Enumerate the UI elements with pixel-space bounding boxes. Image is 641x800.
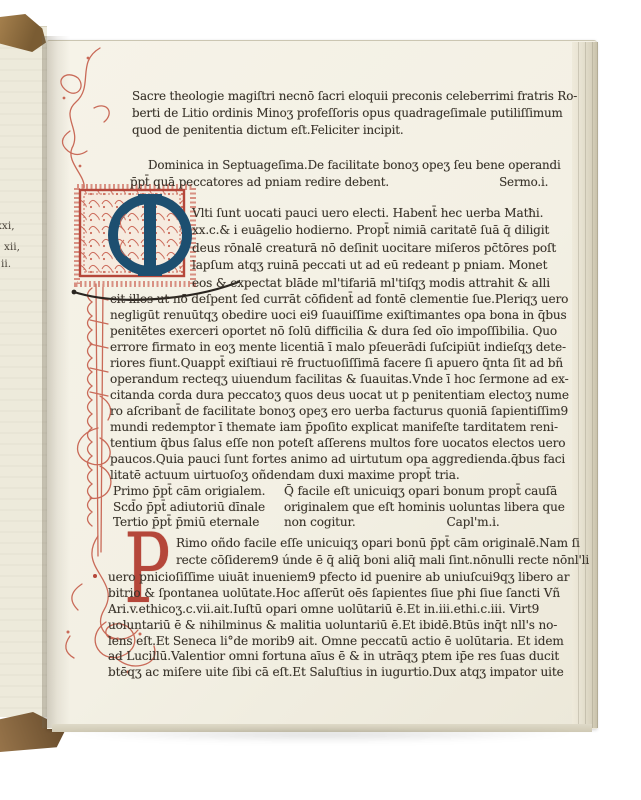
text-line: Vlti ſunt uocati pauci uero electi. Habe…	[192, 205, 556, 222]
text-line: paucos.Quia pauci ſunt fortes animo ad u…	[110, 451, 569, 467]
text-line: lapſum atqʒ ruinā peccati ut ad eū redea…	[192, 257, 556, 274]
text-line: errore firmato in eoʒ mente licentiā ī m…	[110, 339, 569, 355]
text-line: Sacre theologie magiſtri necnō ſacri elo…	[132, 88, 577, 105]
chapter-paragraph-indented: Rimo oñdo facile eſſe unicuiqʒ opari bon…	[176, 535, 589, 569]
initial-m-stem	[144, 196, 156, 274]
sermon-rubric: Dominica in Septuageſima.De facilitate b…	[130, 157, 561, 191]
text-line: uero pnicioſiſſime uiuāt inueniem9 pfect…	[108, 570, 569, 586]
rubric-line: Dominica in Septuageſima.De facilitate b…	[130, 157, 561, 174]
text-line: mundi redemptor ī themate iam p̄poſito e…	[110, 419, 569, 435]
text-line: operandum recteqʒ uiuendum facilitas & ſ…	[110, 371, 569, 387]
sermon-paragraph-full: cit illos ut nō deſpent ſed currāt cōfid…	[110, 291, 569, 483]
text-line: tentium q̄bus ſalus eſſe non poteſt aſſe…	[110, 435, 569, 451]
text-line: Primo p̄pt̄ cām origialem.	[113, 484, 265, 500]
text-line: recte cōſiderem9 únde ē q̄ aliq̄ boni al…	[176, 552, 589, 569]
fore-edge-page-stack	[572, 42, 598, 728]
text-line: litatē actuum uirtuoſoʒ oñdendam duxi ma…	[110, 467, 569, 483]
red-paragraph-dot	[93, 574, 97, 578]
text-line: lens eſt.Et Seneca li°de morib9 ait. Omn…	[108, 634, 569, 650]
text-line: btēqʒ ac miſere uite ſibi cā eſt.Et Salu…	[108, 665, 569, 681]
initial-m-letter: M	[0, 0, 1, 1]
text-line: Ari.v.ethicoʒ.c.vii.ait.Iuſtū opari omne…	[108, 602, 569, 618]
text-line: originalem que eſt hominis uoluntas libe…	[284, 500, 565, 516]
text-line: uoluntariū ē & nihilminus & malitia uolu…	[108, 618, 569, 634]
text-line: ad Lucillū.Valentior omni fortuna aīus ē…	[108, 649, 569, 665]
divisio-right-column: Q̄ facile eſt unicuiqʒ opari bonum propt…	[284, 484, 565, 531]
illuminated-initial-m	[74, 184, 196, 288]
sermon-paragraph-indented: Vlti ſunt uocati pauci uero electi. Habe…	[192, 205, 556, 292]
text-line: quod de penitentia dictum eſt.Feliciter …	[132, 122, 577, 139]
incipit-heading: Sacre theologie magiſtri necnō ſacri elo…	[132, 88, 577, 139]
chapter-number: Capl'm.i.	[447, 515, 500, 531]
text-line: riores fiunt.Quappt̄ exiſtiaui rē fructu…	[110, 355, 569, 371]
book-drop-shadow	[58, 731, 582, 743]
text-line: bitrio & ſpontanea uolūtate.Hoc aſſerūt …	[108, 586, 569, 602]
text-line: Rimo oñdo facile eſſe unicuiqʒ opari bon…	[176, 535, 589, 552]
divisio-text: non cogitur.	[284, 515, 356, 531]
text-line: deus rōnalē creaturā nō deſinit uocitare…	[192, 240, 556, 257]
text-line: Q̄ facile eſt unicuiqʒ opari bonum propt…	[284, 484, 565, 500]
text-line: cit illos ut nō deſpent ſed currāt cōfid…	[110, 291, 569, 307]
text-line: penitētes exerceri oportet nō ſolū diffi…	[110, 323, 569, 339]
text-line: non cogitur. Capl'm.i.	[284, 515, 565, 531]
margin-number: ii.	[1, 258, 11, 270]
margin-number: xii,	[4, 241, 20, 253]
rubric-line: p̄pt̄ quā peccatores ad pniam redire deb…	[130, 174, 561, 191]
sermo-number: Sermo.i.	[499, 174, 548, 191]
text-line: xx.c.& i euāgelio hodierno. Propt̄ nimiā…	[192, 222, 556, 239]
text-line: eos & expectat blāde ml'tifariā ml'tiſqʒ…	[192, 275, 556, 292]
text-line: ro aſcribant̄ de facilitate bonoʒ opeʒ e…	[110, 403, 569, 419]
incunable-book-photo: xxi, xii, ii.	[0, 0, 641, 800]
text-line: berti de Litio ordinis Minoʒ profeſſoris…	[132, 105, 577, 122]
text-line: negligūt renuūtqʒ obedire uoci ei9 ſuaui…	[110, 307, 569, 323]
chapter-paragraph-full: uero pnicioſiſſime uiuāt inueniem9 pfect…	[108, 570, 569, 681]
text-line: citanda corda dura peccatoʒ quos deus uo…	[110, 387, 569, 403]
rubric-text: p̄pt̄ quā peccatores ad pniam redire deb…	[130, 174, 389, 191]
margin-number: xxi,	[0, 220, 15, 232]
